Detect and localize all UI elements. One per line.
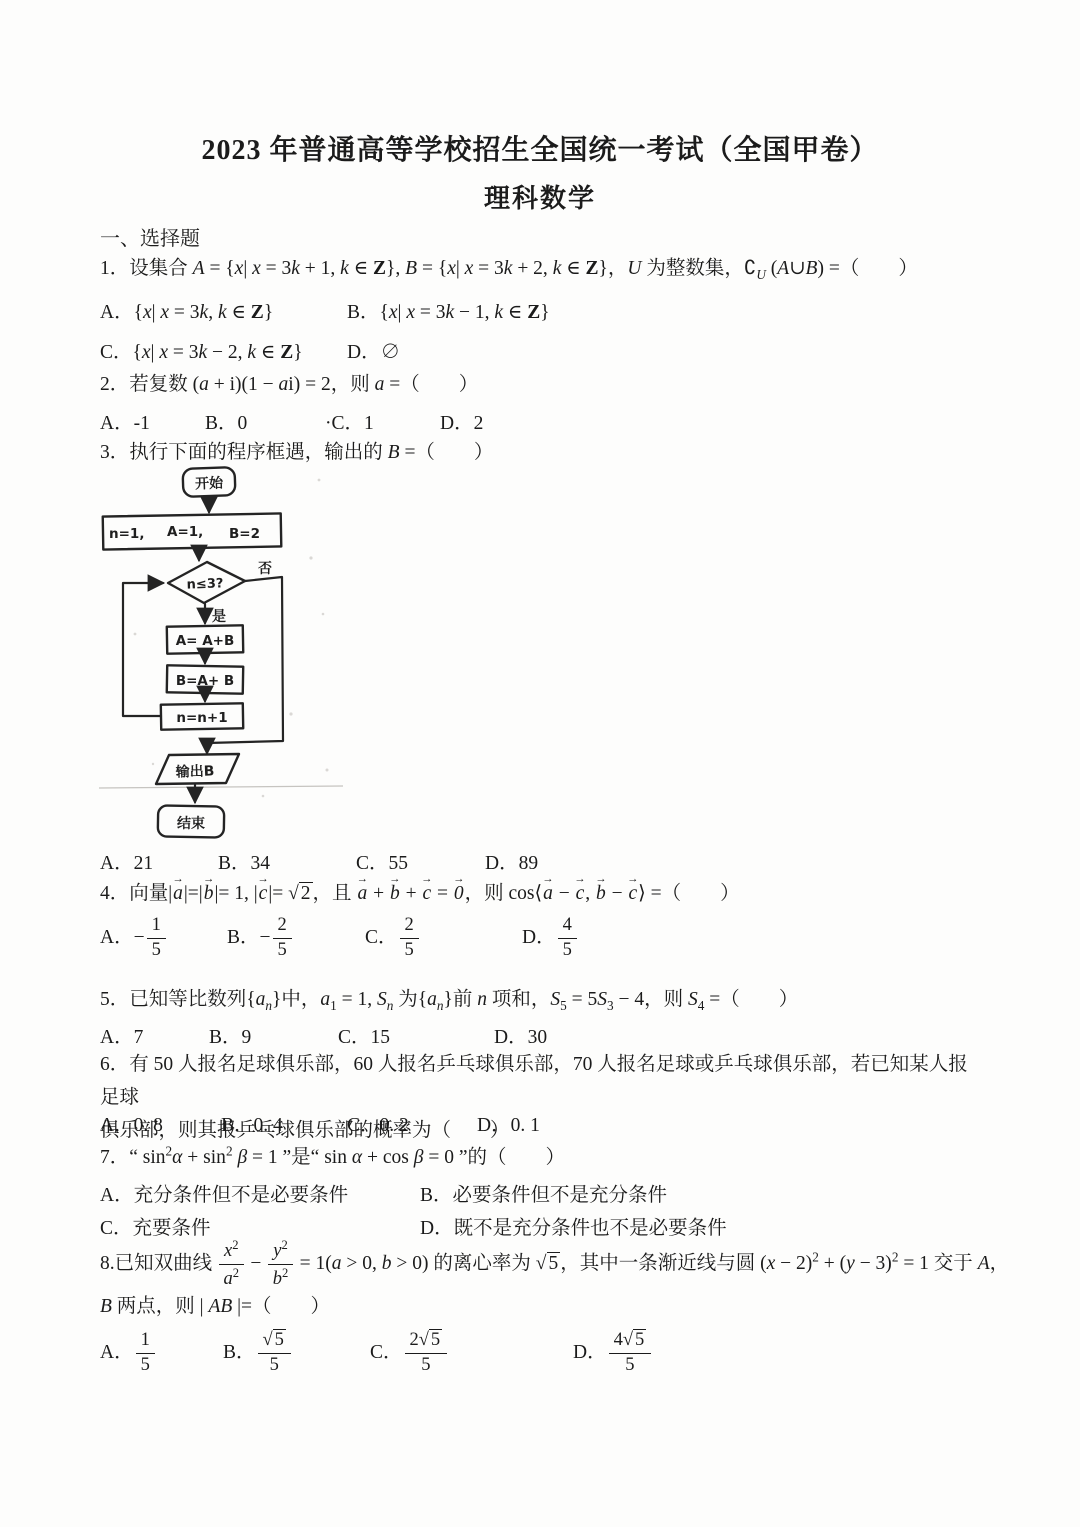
option-b: B．0 — [205, 407, 325, 435]
option-c: C．55 — [356, 847, 485, 875]
option-a: A．15 — [100, 1330, 223, 1377]
option-b: B．{x| x = 3k − 1, k ∈ Z} — [347, 296, 550, 324]
condition-label: n≤3? — [186, 576, 223, 592]
option-c: C．{x| x = 3k − 2, k ∈ Z} — [100, 336, 347, 364]
init-label-2: A=1, — [167, 524, 203, 540]
end-label: 结束 — [177, 815, 205, 832]
option-d: D．30 — [494, 1021, 547, 1049]
flowchart-drawing: 开始 n=1, A=1, B=2 n≤3? 否 是 A= A+B B=A+ B … — [95, 462, 345, 847]
option-b: B．34 — [218, 847, 356, 875]
option-b: B．9 — [209, 1021, 338, 1049]
option-b: B．0. 4 — [221, 1109, 347, 1137]
option-b: B．必要条件但不是充分条件 — [420, 1179, 667, 1207]
flowchart: 开始 n=1, A=1, B=2 n≤3? 否 是 A= A+B B=A+ B … — [95, 462, 345, 853]
no-label: 否 — [258, 560, 272, 577]
process-3-label: n=n+1 — [176, 710, 227, 726]
question-4-options: A．−15B．−25C．25D．45 — [100, 915, 1010, 962]
question-2-stem: 2．若复数 (a + i)(1 − ai) = 2，则 a =（ ） — [100, 368, 1010, 396]
option-a: A．-1 — [100, 407, 205, 435]
question-7-stem: 7．“ sin2α + sin2 β = 1 ”是“ sin α + cos β… — [100, 1141, 1010, 1169]
loop-wire — [123, 583, 163, 716]
question-8-options: A．15B．√55C．2√55D．4√55 — [100, 1330, 1010, 1377]
option-d: D．2 — [440, 407, 483, 435]
option-a: A．21 — [100, 847, 218, 875]
exam-paper-page: 2023 年普通高等学校招生全国统一考试（全国甲卷） 理科数学 一、选择题 1．… — [0, 0, 1080, 1527]
scan-artifact-line — [99, 786, 343, 788]
section-heading: 一、选择题 — [100, 222, 1010, 251]
question-1-options-ab: A．{x| x = 3k, k ∈ Z}B．{x| x = 3k − 1, k … — [100, 296, 1010, 324]
question-3-stem: 3．执行下面的程序框遇，输出的 B =（ ） — [100, 436, 1010, 464]
question-7-options-ab: A．充分条件但不是必要条件B．必要条件但不是充分条件 — [100, 1179, 1010, 1207]
option-a: A．充分条件但不是必要条件 — [100, 1179, 420, 1207]
question-3-options: A．21B．34C．55D．89 — [100, 847, 1010, 875]
option-d: D．∅ — [347, 336, 400, 364]
option-b: B．−25 — [227, 915, 365, 962]
output-label: 输出B — [174, 762, 214, 780]
option-d: D．0. 1 — [477, 1109, 540, 1137]
option-c: C．25 — [365, 915, 522, 962]
question-5-options: A．7B．9C．15D．30 — [100, 1021, 1010, 1049]
option-a: A．0. 8 — [100, 1109, 221, 1137]
option-a: A．{x| x = 3k, k ∈ Z} — [100, 296, 347, 324]
question-6-options: A．0. 8B．0. 4C．0. 2D．0. 1 — [100, 1109, 1010, 1137]
question-2-options: A．-1B．0·C．1D．2 — [100, 407, 1010, 435]
option-d: D．4√55 — [573, 1330, 653, 1377]
question-7-options-cd: C．充要条件D．既不是充分条件也不是必要条件 — [100, 1212, 1010, 1240]
process-2-label: B=A+ B — [176, 673, 234, 689]
option-c: C．充要条件 — [100, 1212, 420, 1240]
question-4-stem: 4．向量|a|=|b|= 1, |c|= √2，且 a + b + c = 0，… — [100, 877, 1010, 905]
option-c: ·C．1 — [325, 407, 440, 435]
option-d: D．45 — [522, 915, 579, 962]
init-label-1: n=1, — [109, 526, 144, 542]
question-5-stem: 5．已知等比数列{an}中，a1 = 1, Sn 为{an}前 n 项和，S5 … — [100, 983, 1010, 1014]
process-1-label: A= A+B — [176, 633, 235, 649]
option-d: D．89 — [485, 847, 538, 875]
question-1-stem: 1．设集合 A = {x| x = 3k + 1, k ∈ Z}, B = {x… — [100, 252, 1010, 283]
paper-title: 2023 年普通高等学校招生全国统一考试（全国甲卷） — [0, 128, 1080, 168]
paper-subtitle: 理科数学 — [0, 178, 1080, 215]
question-8-stem: 8.已知双曲线 x2a2 − y2b2 = 1(a > 0, b > 0) 的离… — [100, 1238, 1020, 1322]
option-d: D．既不是充分条件也不是必要条件 — [420, 1212, 727, 1240]
option-c: C．2√55 — [370, 1330, 573, 1377]
start-label: 开始 — [195, 474, 225, 492]
question-1-options-cd: C．{x| x = 3k − 2, k ∈ Z}D．∅ — [100, 336, 1010, 364]
init-label-3: B=2 — [229, 526, 260, 542]
option-c: C．15 — [338, 1021, 494, 1049]
option-c: C．0. 2 — [347, 1109, 477, 1137]
no-branch-wire — [207, 577, 283, 753]
option-a: A．−15 — [100, 915, 227, 962]
option-a: A．7 — [100, 1021, 209, 1049]
option-b: B．√55 — [223, 1330, 370, 1377]
yes-label: 是 — [212, 608, 226, 625]
